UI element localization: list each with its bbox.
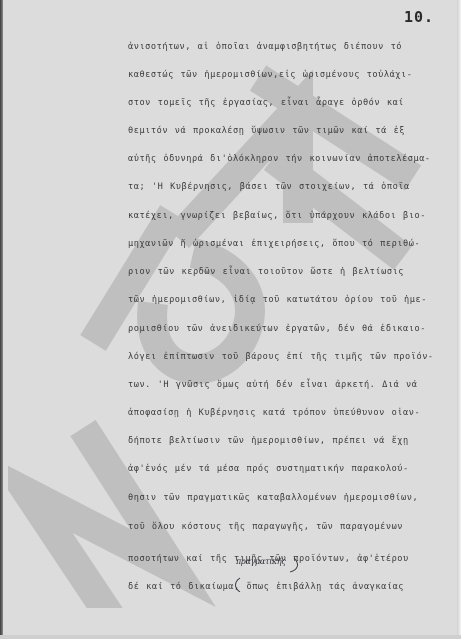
watermark-letter-n [28, 428, 173, 608]
text-line: ριον τῶν κερδῶν εἶναι τοιοῦτον ὥστε ἡ βε… [128, 267, 404, 277]
text-line: στον τομεῖς τῆς ἐργασίας, εἶναι ἆραγε ὀρ… [128, 98, 404, 108]
scan-left-border [0, 0, 3, 639]
text-line: ρομισθίου τῶν ἀνειδικεύτων ἐργατῶν, δέν … [128, 324, 426, 334]
text-line: μηχανιῶν ἤ ὡρισμέναι ἐπιχειρήσεις, ὅπου … [128, 239, 420, 249]
text-line: καθεστώς τῶν ἡμερομισθίων,εἰς ὡρισμένους… [128, 70, 412, 80]
text-line: θησιν τῶν πραγματικῶς καταβαλλομένων ἡμε… [128, 493, 418, 503]
text-line: των. 'Η γνῶσις ὅμως αὐτή δέν εἶναι ἀρκετ… [128, 380, 417, 390]
page-number: 10. [404, 8, 434, 26]
text-line: τῶν ἡμερομισθίων, ἰδίᾳ τοῦ κατωτάτου ὁρί… [128, 295, 427, 305]
text-line: ἀποφασίσῃ ἡ Κυβέρνησις κατά τρόπον ὑπεύθ… [128, 408, 420, 418]
scan-bottom-border [0, 635, 461, 639]
text-line: αὐτῆς ὀδυνηρά δι'ὁλόκληρον τήν κοινωνίαν… [128, 154, 431, 164]
text-line: τα; 'Η Κυβέρνησις, βάσει τῶν στοιχείων, … [128, 182, 410, 192]
text-line: θεμιτόν νά προκαλέσῃ ὕψωσιν τῶν τιμῶν κα… [128, 126, 405, 136]
text-line: ἀφ'ἑνός μέν τά μέσα πρός συστηματικήν πα… [128, 464, 409, 474]
text-line: τοῦ ὅλου κόστους τῆς παραγωγῆς, τῶν παρα… [128, 522, 403, 532]
text-line: κατέχει, γνωρίζει βεβαίως, ὅτι ὑπάρχουν … [128, 211, 426, 221]
text-line: δήποτε βελτίωσιν τῶν ἡμερομισθίων, πρέπε… [128, 436, 409, 446]
text-line: ἀνισοτήτων, αἱ ὁποῖαι ἀναμφισβητήτως διέ… [128, 42, 402, 52]
scanned-page: 10. ἀνισοτήτων, αἱ ὁποῖαι ἀναμφισβητήτως… [0, 0, 461, 639]
watermark-letter-p [93, 213, 250, 369]
text-line: λόγει ἐπίπτωσιν τοῦ βάρους ἐπί τῆς τιμῆς… [128, 352, 434, 362]
handwritten-annotation: πραγματικῆς [236, 557, 286, 566]
scan-right-border [457, 0, 461, 639]
